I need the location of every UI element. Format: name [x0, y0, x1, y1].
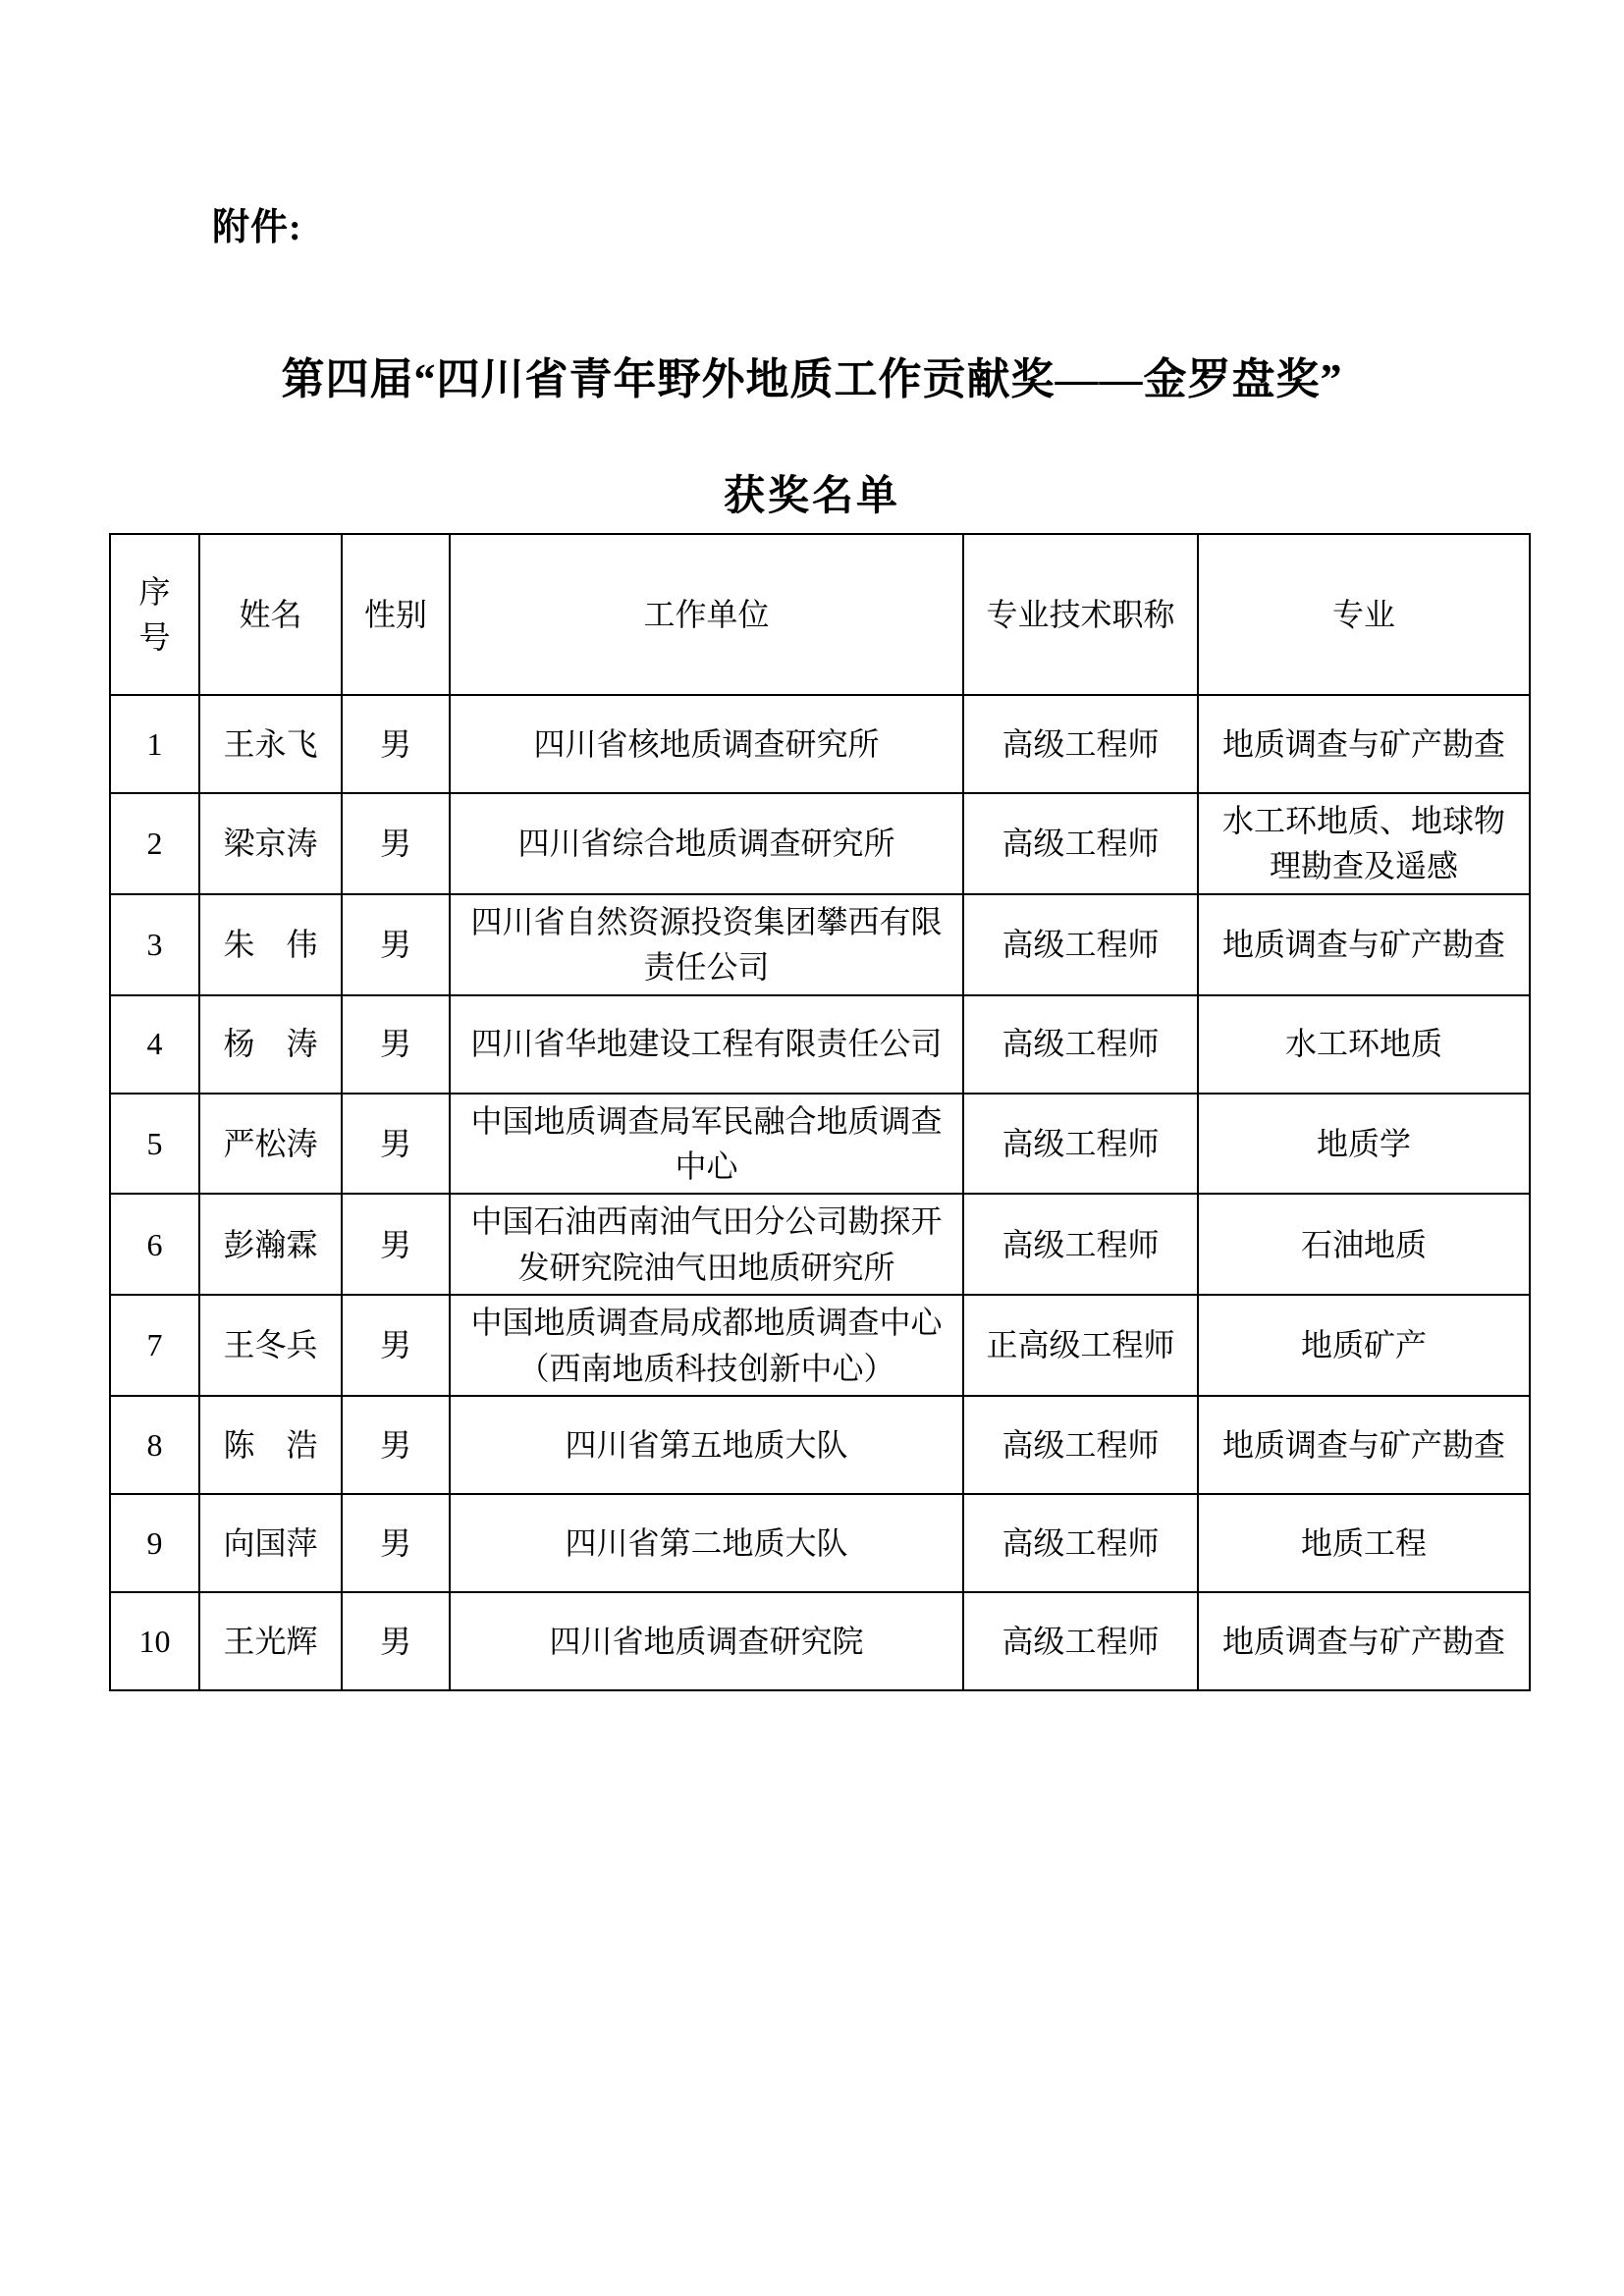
table-row: 6彭瀚霖男中国石油西南油气田分公司勘探开发研究院油气田地质研究所高级工程师石油地…: [110, 1194, 1530, 1295]
table-cell-specialty: 地质调查与矿产勘查: [1198, 1396, 1530, 1494]
table-cell-workunit: 四川省第五地质大队: [450, 1396, 963, 1494]
table-cell-index: 3: [110, 894, 199, 995]
table-cell-gender: 男: [342, 695, 450, 793]
table-cell-title: 高级工程师: [963, 1592, 1198, 1690]
table-cell-name: 王永飞: [199, 695, 342, 793]
table-cell-gender: 男: [342, 995, 450, 1094]
table-cell-specialty: 地质矿产: [1198, 1295, 1530, 1396]
table-cell-gender: 男: [342, 1295, 450, 1396]
table-cell-gender: 男: [342, 1194, 450, 1295]
table-cell-workunit: 四川省第二地质大队: [450, 1494, 963, 1592]
table-row: 3朱 伟男四川省自然资源投资集团攀西有限责任公司高级工程师地质调查与矿产勘查: [110, 894, 1530, 995]
document-page: 附件: 第四届“四川省青年野外地质工作贡献奖——金罗盘奖” 获奖名单 序号 姓名…: [0, 0, 1624, 2296]
column-header-work-unit: 工作单位: [450, 534, 963, 695]
table-cell-workunit: 中国地质调查局成都地质调查中心（西南地质科技创新中心）: [450, 1295, 963, 1396]
table-row: 7王冬兵男中国地质调查局成都地质调查中心（西南地质科技创新中心）正高级工程师地质…: [110, 1295, 1530, 1396]
column-header-specialty: 专业: [1198, 534, 1530, 695]
column-header-professional-title: 专业技术职称: [963, 534, 1198, 695]
table-cell-workunit: 四川省地质调查研究院: [450, 1592, 963, 1690]
table-cell-title: 高级工程师: [963, 995, 1198, 1094]
document-subtitle: 获奖名单: [0, 463, 1624, 522]
table-row: 10王光辉男四川省地质调查研究院高级工程师地质调查与矿产勘查: [110, 1592, 1530, 1690]
table-cell-gender: 男: [342, 1592, 450, 1690]
table-cell-index: 6: [110, 1194, 199, 1295]
table-cell-specialty: 地质调查与矿产勘查: [1198, 695, 1530, 793]
table-cell-specialty: 水工环地质: [1198, 995, 1530, 1094]
table-cell-title: 正高级工程师: [963, 1295, 1198, 1396]
table-cell-specialty: 水工环地质、地球物理勘查及遥感: [1198, 793, 1530, 894]
table-cell-gender: 男: [342, 1396, 450, 1494]
table-cell-title: 高级工程师: [963, 1094, 1198, 1195]
table-row: 5严松涛男中国地质调查局军民融合地质调查中心高级工程师地质学: [110, 1094, 1530, 1195]
table-cell-specialty: 地质学: [1198, 1094, 1530, 1195]
table-cell-index: 5: [110, 1094, 199, 1195]
table-cell-name: 杨 涛: [199, 995, 342, 1094]
table-row: 1王永飞男四川省核地质调查研究所高级工程师地质调查与矿产勘查: [110, 695, 1530, 793]
table-cell-name: 向国萍: [199, 1494, 342, 1592]
table-cell-specialty: 石油地质: [1198, 1194, 1530, 1295]
table-cell-index: 7: [110, 1295, 199, 1396]
table-cell-title: 高级工程师: [963, 1194, 1198, 1295]
table-cell-index: 9: [110, 1494, 199, 1592]
table-cell-title: 高级工程师: [963, 1494, 1198, 1592]
column-header-serial-number: 序号: [110, 534, 199, 695]
table-cell-name: 彭瀚霖: [199, 1194, 342, 1295]
table-row: 9向国萍男四川省第二地质大队高级工程师地质工程: [110, 1494, 1530, 1592]
table-cell-title: 高级工程师: [963, 1396, 1198, 1494]
table-cell-name: 王光辉: [199, 1592, 342, 1690]
table-cell-specialty: 地质调查与矿产勘查: [1198, 894, 1530, 995]
table-cell-gender: 男: [342, 793, 450, 894]
table-cell-index: 8: [110, 1396, 199, 1494]
table-cell-workunit: 四川省核地质调查研究所: [450, 695, 963, 793]
table-row: 4杨 涛男四川省华地建设工程有限责任公司高级工程师水工环地质: [110, 995, 1530, 1094]
table-cell-index: 4: [110, 995, 199, 1094]
table-body: 1王永飞男四川省核地质调查研究所高级工程师地质调查与矿产勘查2梁京涛男四川省综合…: [110, 695, 1530, 1690]
award-winners-table: 序号 姓名 性别 工作单位 专业技术职称 专业 1王永飞男四川省核地质调查研究所…: [109, 533, 1531, 1691]
table-row: 8陈 浩男四川省第五地质大队高级工程师地质调查与矿产勘查: [110, 1396, 1530, 1494]
table-cell-title: 高级工程师: [963, 695, 1198, 793]
table-cell-name: 王冬兵: [199, 1295, 342, 1396]
table-cell-workunit: 中国地质调查局军民融合地质调查中心: [450, 1094, 963, 1195]
attachment-label: 附件:: [212, 196, 302, 250]
table-cell-workunit: 四川省自然资源投资集团攀西有限责任公司: [450, 894, 963, 995]
document-title: 第四届“四川省青年野外地质工作贡献奖——金罗盘奖”: [0, 344, 1624, 406]
table-cell-workunit: 四川省华地建设工程有限责任公司: [450, 995, 963, 1094]
column-header-gender: 性别: [342, 534, 450, 695]
table-cell-index: 2: [110, 793, 199, 894]
table-cell-name: 严松涛: [199, 1094, 342, 1195]
table-cell-title: 高级工程师: [963, 793, 1198, 894]
table-cell-name: 朱 伟: [199, 894, 342, 995]
table-cell-gender: 男: [342, 1094, 450, 1195]
table-cell-index: 1: [110, 695, 199, 793]
column-header-name: 姓名: [199, 534, 342, 695]
table-cell-workunit: 中国石油西南油气田分公司勘探开发研究院油气田地质研究所: [450, 1194, 963, 1295]
table-cell-title: 高级工程师: [963, 894, 1198, 995]
table-cell-gender: 男: [342, 1494, 450, 1592]
table-row: 2梁京涛男四川省综合地质调查研究所高级工程师水工环地质、地球物理勘查及遥感: [110, 793, 1530, 894]
table-cell-name: 梁京涛: [199, 793, 342, 894]
table-cell-specialty: 地质工程: [1198, 1494, 1530, 1592]
table-cell-workunit: 四川省综合地质调查研究所: [450, 793, 963, 894]
table-cell-gender: 男: [342, 894, 450, 995]
table-cell-name: 陈 浩: [199, 1396, 342, 1494]
table-cell-specialty: 地质调查与矿产勘查: [1198, 1592, 1530, 1690]
table-header-row: 序号 姓名 性别 工作单位 专业技术职称 专业: [110, 534, 1530, 695]
table-cell-index: 10: [110, 1592, 199, 1690]
